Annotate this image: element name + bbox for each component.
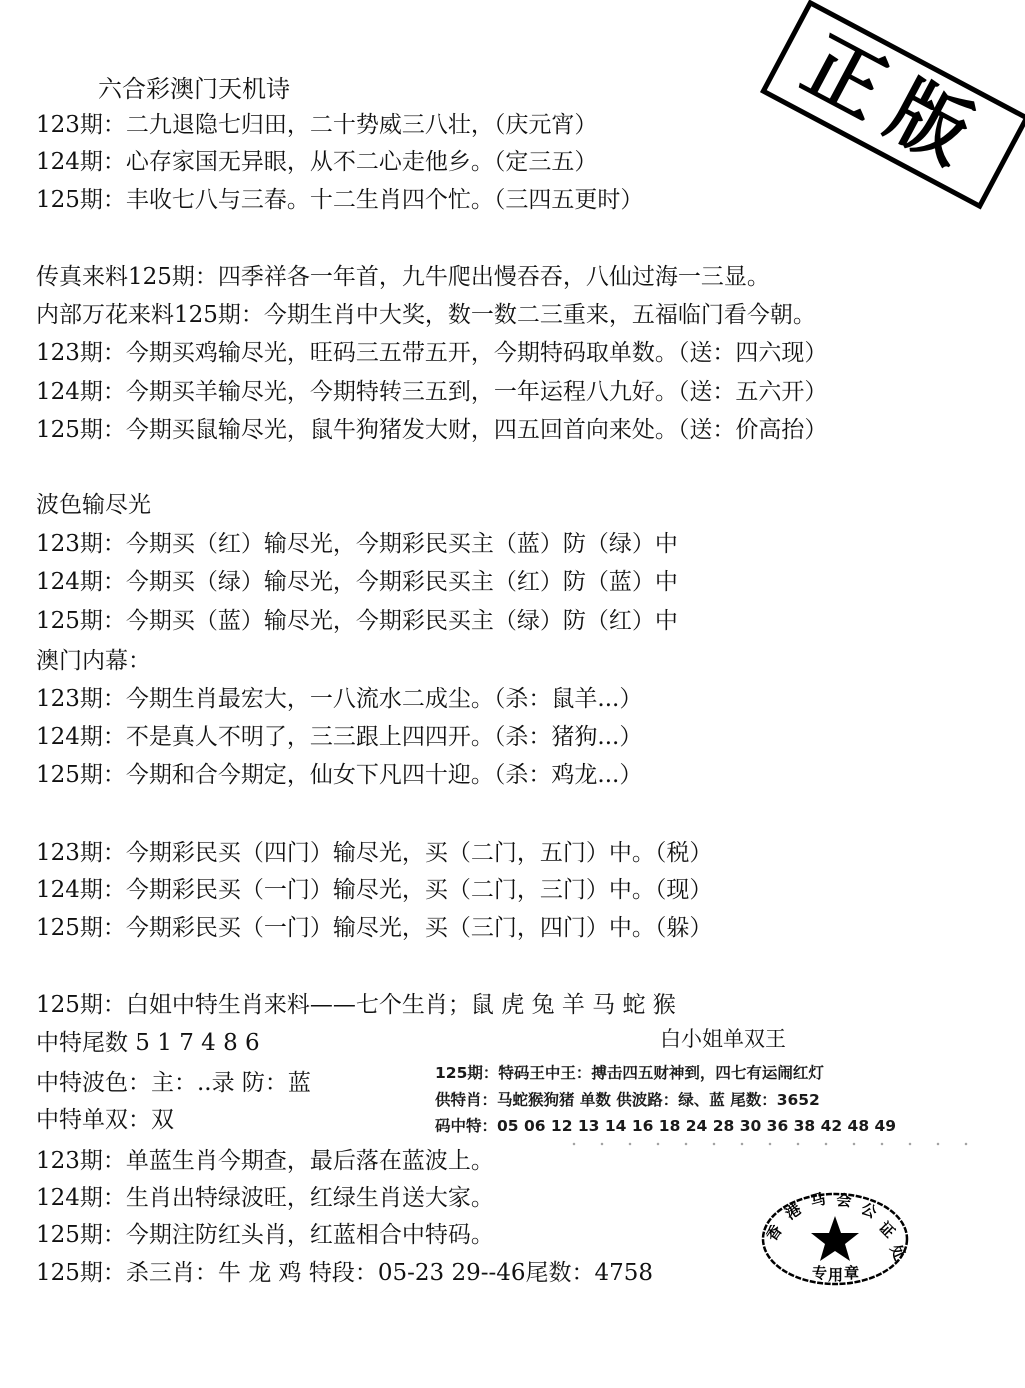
authentic-stamp: 正版 xyxy=(760,0,1025,210)
white-sister-line: 125期：今期注防红头肖，红蓝相合中特码。 xyxy=(36,1220,494,1250)
gates-line: 125期：今期彩民买（一门）输尽光，买（三门，四门）中。（躲） xyxy=(36,913,712,943)
white-sister-line: 123期：单蓝生肖今期查，最后落在蓝波上。 xyxy=(36,1146,494,1176)
svg-text:证: 证 xyxy=(875,1218,898,1241)
official-seal: 香 港 马 会 公 证 处 专 用 章 xyxy=(760,1190,910,1288)
tail-numbers-line: 中特尾数 5 1 7 4 8 6 xyxy=(36,1028,260,1058)
fax-line: 125期：今期买鼠输尽光，鼠牛狗猪发大财，四五回首向来处。（送：价高抬） xyxy=(36,415,827,445)
fax-line: 传真来料125期：四季祥各一年首，九牛爬出慢吞吞，八仙过海一三显。 xyxy=(36,262,770,292)
svg-text:公: 公 xyxy=(858,1199,880,1222)
poem-line: 124期：心存家国无异眼，从不二心走他乡。（定三五） xyxy=(36,147,597,177)
svg-text:用: 用 xyxy=(828,1266,843,1284)
wave-color-heading: 波色输尽光 xyxy=(36,490,151,520)
single-double-king-line: 供特肖：马蛇猴狗猪 单数 供波路：绿、蓝 尾数：3652 xyxy=(435,1090,820,1110)
seal-star-icon: 香 港 马 会 公 证 处 专 用 章 xyxy=(760,1190,910,1288)
kill-three-zodiac-line: 125期：杀三肖：牛 龙 鸡 特段：05-23 29--46尾数：4758 xyxy=(36,1258,653,1288)
poem-line: 123期：二九退隐七归田，二十势威三八壮，（庆元宵） xyxy=(36,110,597,140)
dotted-separator xyxy=(560,1142,970,1146)
svg-text:会: 会 xyxy=(836,1191,853,1210)
fax-line: 内部万花来料125期：今期生肖中大奖，数一数二三重来，五福临门看今朝。 xyxy=(36,300,816,330)
single-double-king-line: 125期：特码王中王：搏击四五财神到，四七有运闹红灯 xyxy=(435,1063,824,1083)
svg-text:处: 处 xyxy=(886,1242,909,1263)
macau-inside-line: 123期：今期生肖最宏大，一八流水二成尘。（杀：鼠羊...） xyxy=(36,684,642,714)
wave-color-line: 124期：今期买（绿）输尽光，今期彩民买主（红）防（蓝）中 xyxy=(36,567,678,597)
wave-color-pick-line: 中特波色：主：..录 防：蓝 xyxy=(36,1068,311,1098)
macau-inside-line: 125期：今期和合今期定，仙女下凡四十迎。（杀：鸡龙...） xyxy=(36,760,642,790)
single-double-king-title: 白小姐单双王 xyxy=(660,1025,786,1053)
macau-inside-heading: 澳门内幕： xyxy=(36,646,151,676)
svg-text:章: 章 xyxy=(844,1264,859,1282)
svg-text:专: 专 xyxy=(812,1264,827,1282)
odd-even-line: 中特单双：双 xyxy=(36,1105,174,1135)
wave-color-line: 125期：今期买（蓝）输尽光，今期彩民买主（绿）防（红）中 xyxy=(36,606,678,636)
single-double-king-line: 码中特：05 06 12 13 14 16 18 24 28 30 36 38 … xyxy=(435,1116,896,1136)
macau-inside-line: 124期：不是真人不明了，三三跟上四四开。（杀：猪狗...） xyxy=(36,722,642,752)
wave-color-line: 123期：今期买（红）输尽光，今期彩民买主（蓝）防（绿）中 xyxy=(36,529,678,559)
svg-text:马: 马 xyxy=(808,1190,827,1211)
document-title: 六合彩澳门天机诗 xyxy=(98,73,290,105)
svg-text:港: 港 xyxy=(782,1200,805,1223)
poem-line: 125期：丰收七八与三春。十二生肖四个忙。（三四五更时） xyxy=(36,185,643,215)
gates-line: 124期：今期彩民买（一门）输尽光，买（二门，三门）中。（现） xyxy=(36,875,712,905)
gates-line: 123期：今期彩民买（四门）输尽光，买（二门，五门）中。（税） xyxy=(36,838,712,868)
fax-line: 123期：今期买鸡输尽光，旺码三五带五开，今期特码取单数。（送：四六现） xyxy=(36,338,827,368)
white-sister-zodiac-line: 125期：白姐中特生肖来料——七个生肖；鼠 虎 兔 羊 马 蛇 猴 xyxy=(36,990,676,1020)
fax-line: 124期：今期买羊输尽光，今期特转三五到，一年运程八九好。（送：五六开） xyxy=(36,377,827,407)
white-sister-line: 124期：生肖出特绿波旺，红绿生肖送大家。 xyxy=(36,1183,494,1213)
authentic-stamp-label: 正版 xyxy=(791,24,998,185)
